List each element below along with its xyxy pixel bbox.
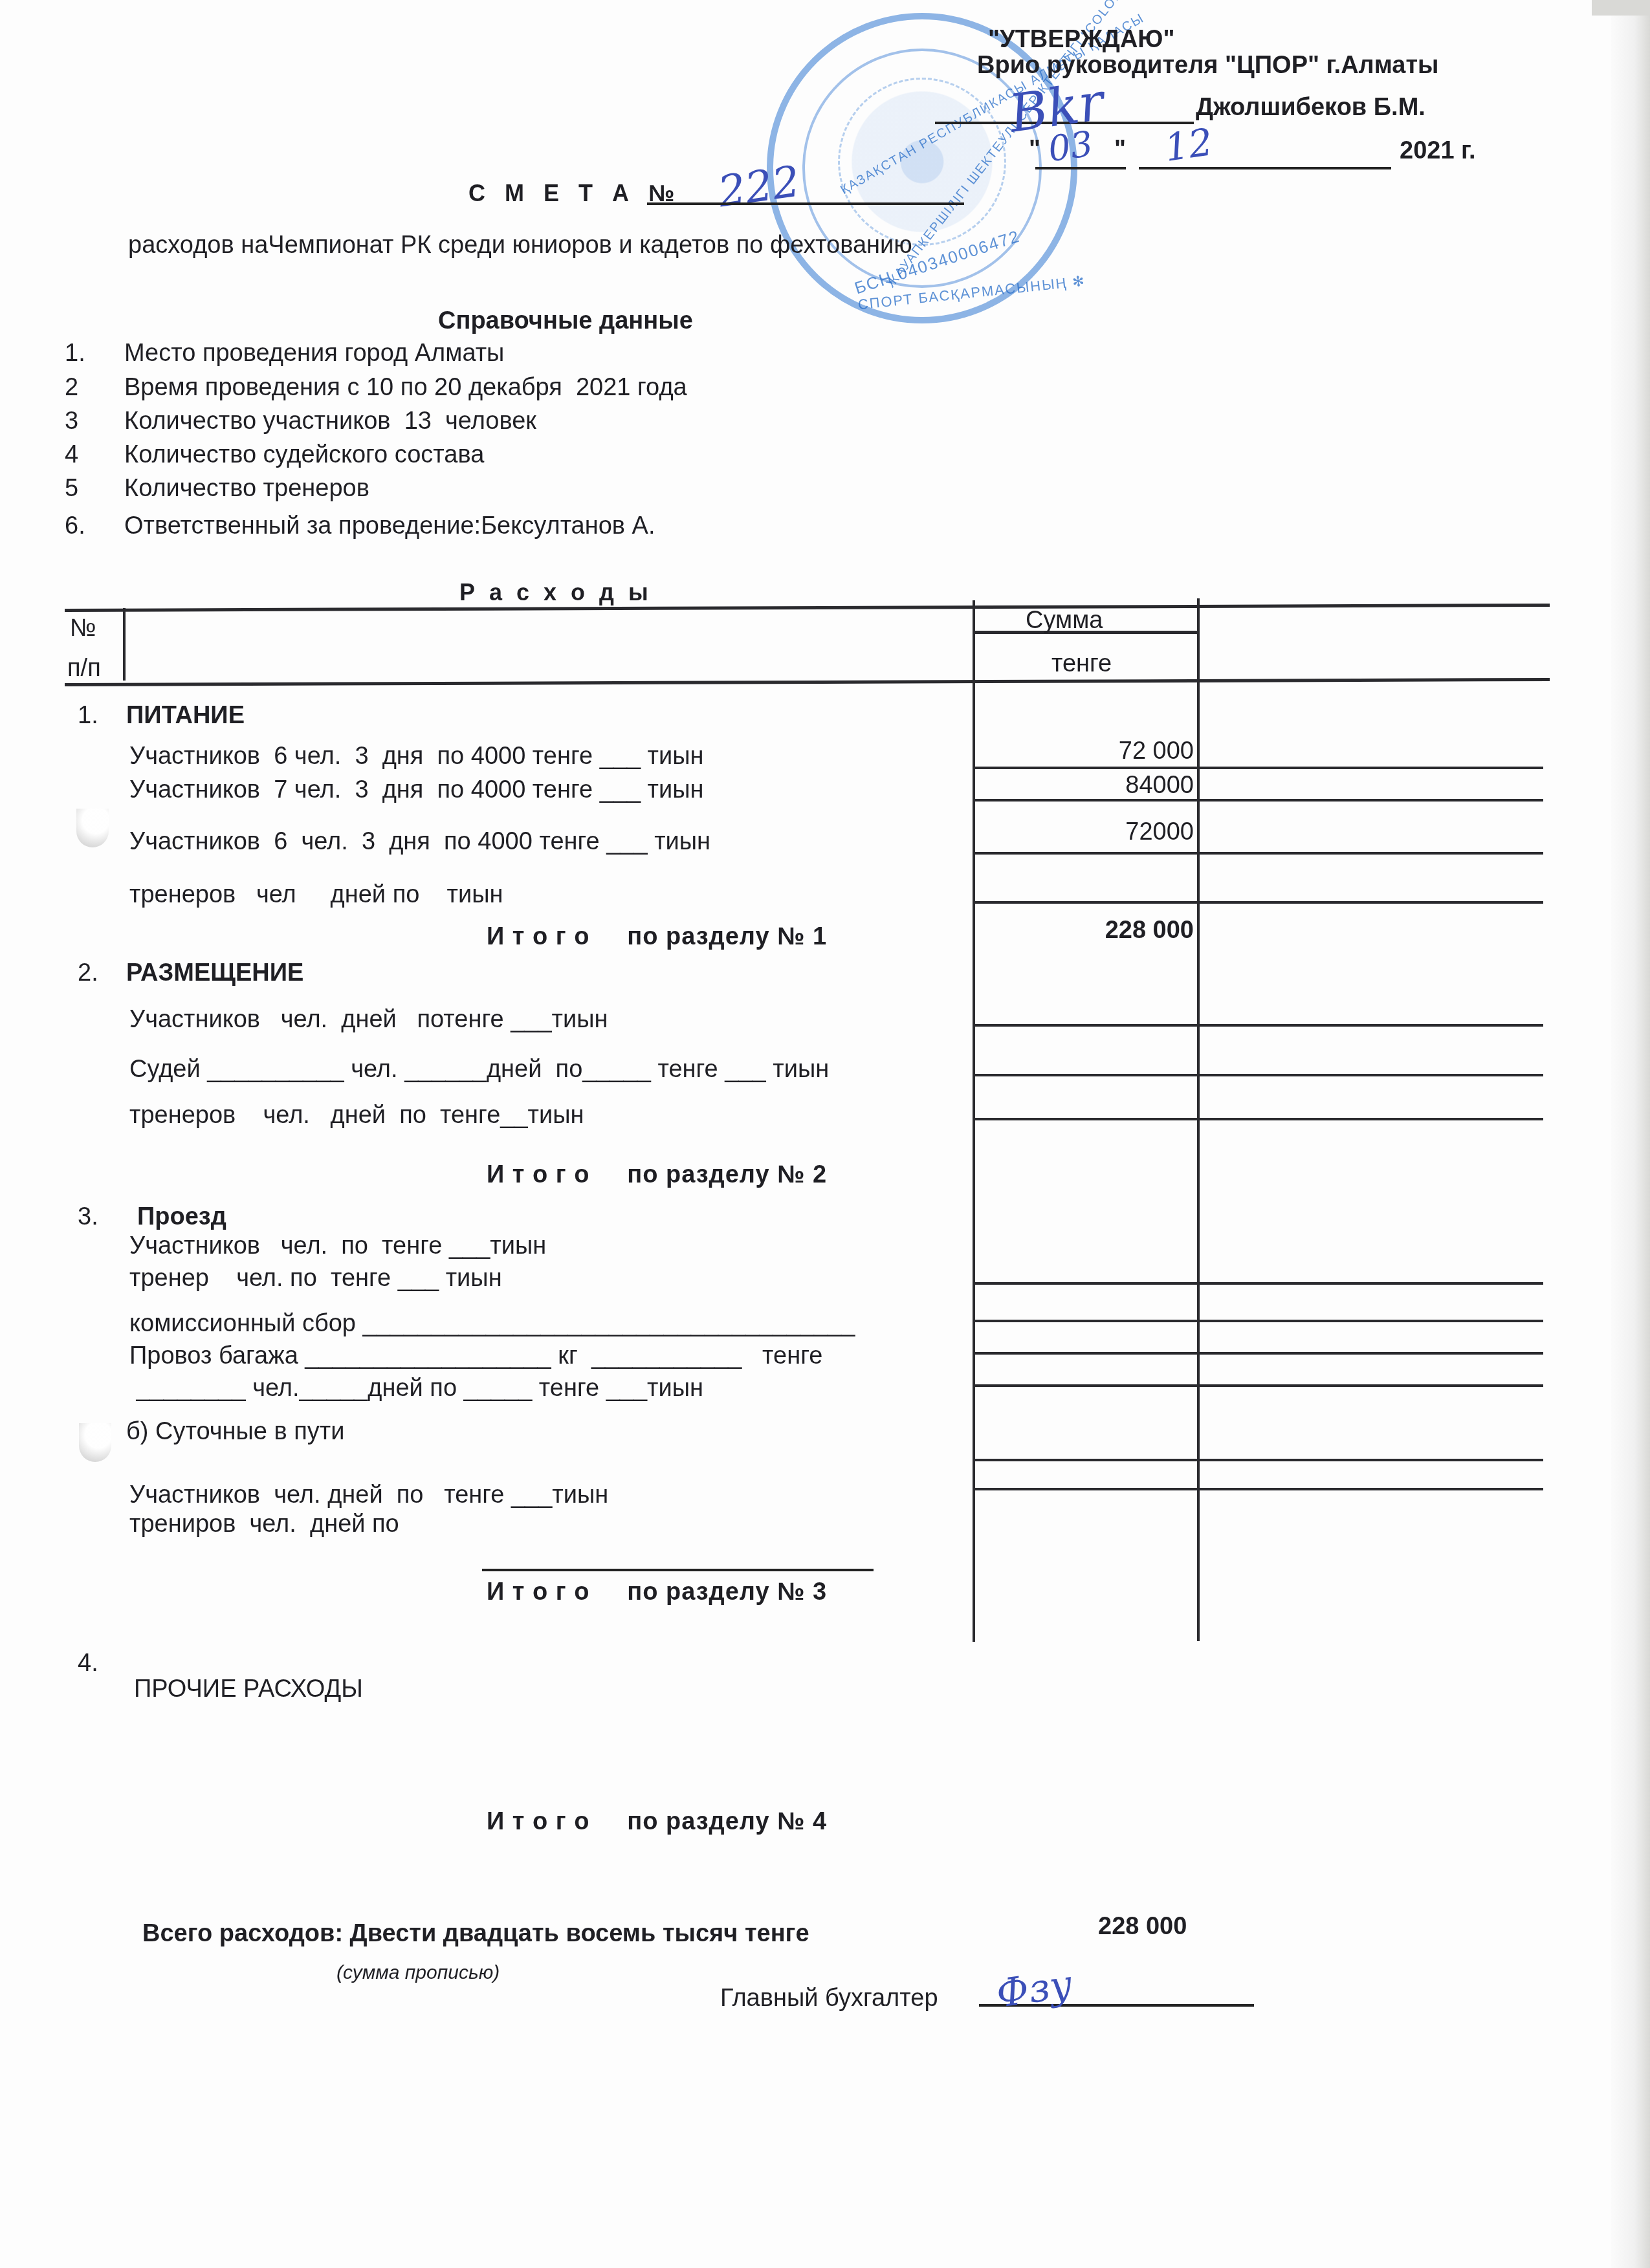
date-quote-open: " — [1029, 136, 1040, 164]
approval-position: Врио руководителя "ЦПОР" г.Алматы — [977, 52, 1439, 80]
table-row-divider — [974, 852, 1543, 855]
section-total-amount: 228 000 — [974, 917, 1194, 944]
section-title: РАЗМЕЩЕНИЕ — [126, 959, 303, 987]
reference-item-text: Количество судейского состава — [124, 441, 484, 469]
table-row-divider — [974, 1459, 1543, 1461]
date-quote-close: " — [1114, 136, 1126, 164]
chief-accountant-label: Главный бухгалтер — [720, 1985, 938, 2012]
section-title: ПИТАНИЕ — [126, 702, 245, 730]
table-row-divider — [974, 901, 1543, 904]
table-header-bottom-border — [65, 678, 1550, 686]
page-corner-shadow — [1592, 0, 1650, 16]
reference-item-number: 6. — [65, 512, 85, 540]
expense-row-text: Участников 7 чел. 3 дня по 4000 тенге __… — [129, 776, 704, 804]
expense-row-text: тренер чел. по тенге ___ тиын — [129, 1265, 502, 1292]
table-row-divider — [974, 1320, 1543, 1322]
section-number: 1. — [78, 702, 98, 730]
document-page: ЖАУАПКЕРШІЛІГІ ШЕКТЕУЛІ СЕРІКТЕСТІГІ "CO… — [0, 0, 1650, 2268]
table-row-divider — [974, 1074, 1543, 1076]
expense-row-text: Участников 6 чел. 3 дня по 4000 тенге __… — [129, 828, 710, 856]
table-top-border — [65, 604, 1550, 612]
approver-name: Джолшибеков Б.М. — [1196, 94, 1425, 122]
date-month-line — [1139, 167, 1391, 169]
reference-item-number: 4 — [65, 441, 78, 469]
expense-row-text: Участников 6 чел. 3 дня по 4000 тенге __… — [129, 743, 704, 770]
chief-accountant-signature: Фзу — [994, 1961, 1075, 2017]
expense-row-text: Участников чел. дней по тенге ___тиын — [129, 1481, 608, 1509]
smeta-subtitle: расходов наЧемпионат РК среди юниоров и … — [128, 232, 912, 259]
expense-row-text: Провоз багажа __________________ кг ____… — [129, 1342, 822, 1370]
table-row-divider — [974, 1024, 1543, 1027]
table-row-divider — [974, 1352, 1543, 1355]
section-total-label: И т о г о по разделу № 2 — [487, 1161, 827, 1189]
total-words-caption: (сумма прописью) — [336, 1962, 500, 1984]
date-year: 2021 г. — [1400, 137, 1476, 165]
reference-item-number: 5 — [65, 475, 78, 503]
date-month-handwritten: 12 — [1162, 120, 1216, 170]
expense-row-amount: 84000 — [974, 772, 1194, 800]
section-number: 3. — [78, 1203, 98, 1231]
table-row-divider — [974, 1118, 1543, 1120]
section3-total-line — [482, 1569, 874, 1571]
date-day-handwritten: 03 — [1046, 124, 1095, 170]
expense-row-text: Участников чел. дней потенге ___тиын — [129, 1006, 608, 1034]
reference-title: Справочные данные — [438, 307, 693, 335]
page-edge-shadow — [1611, 0, 1650, 2268]
table-row-divider — [974, 767, 1543, 769]
reference-item-number: 3 — [65, 408, 78, 435]
grand-total-amount: 228 000 — [1098, 1913, 1187, 1941]
smeta-number-line — [647, 202, 964, 205]
section-number: 2. — [78, 959, 98, 987]
table-row-divider — [974, 1282, 1543, 1285]
expense-row-text: Судей __________ чел. ______дней по_____… — [129, 1056, 829, 1084]
reference-item-text: Количество тренеров — [124, 475, 369, 503]
expense-row-text: тренеров чел дней по тиын — [129, 881, 503, 909]
approval-title: "УТВЕРЖДАЮ" — [988, 26, 1175, 54]
expense-row-text: комиссионный сбор ______________________… — [129, 1310, 855, 1338]
expense-row-text: б) Суточные в пути — [126, 1418, 344, 1446]
reference-item-text: Количество участников 13 человек — [124, 408, 536, 435]
expense-row-text: тренеров чел. дней по тенге__тиын — [129, 1102, 584, 1129]
expense-row-amount: 72 000 — [974, 737, 1194, 765]
reference-item-number: 1. — [65, 340, 85, 367]
expense-row-text: трениров чел. дней по — [129, 1510, 399, 1538]
col-num-subheader: п/п — [67, 655, 101, 682]
section-total-label: И т о г о по разделу № 4 — [487, 1808, 827, 1836]
punch-hole-mark — [76, 809, 109, 847]
section-title: Проезд — [137, 1203, 226, 1231]
expense-row-amount: 72000 — [974, 818, 1194, 846]
reference-item-number: 2 — [65, 374, 78, 402]
table-row-divider — [974, 1384, 1543, 1387]
expenses-title: Р а с х о д ы — [459, 579, 652, 606]
col-sum-header: Сумма — [1026, 607, 1103, 635]
section-title: ПРОЧИЕ РАСХОДЫ — [134, 1675, 363, 1703]
reference-item-text: Ответственный за проведение:Бексултанов … — [124, 512, 655, 540]
expense-row-text: Участников чел. по тенге ___тиын — [129, 1232, 546, 1260]
col-num-divider — [123, 608, 126, 681]
col-num-header: № — [70, 615, 96, 642]
expense-row-text: ________ чел._____дней по _____ тенге __… — [129, 1375, 703, 1402]
reference-item-text: Время проведения с 10 по 20 декабря 2021… — [124, 374, 687, 402]
section-total-label: И т о г о по разделу № 1 — [487, 923, 827, 951]
punch-hole-mark — [79, 1423, 111, 1462]
col-sum-subheader: тенге — [1051, 650, 1112, 678]
date-day-line — [1035, 167, 1126, 169]
total-in-words: Всего расходов: Двести двадцать восемь т… — [142, 1920, 809, 1948]
table-row-divider — [974, 1488, 1543, 1490]
reference-item-text: Место проведения город Алматы — [124, 340, 504, 367]
section-number: 4. — [78, 1650, 98, 1677]
section-total-label: И т о г о по разделу № 3 — [487, 1578, 827, 1606]
